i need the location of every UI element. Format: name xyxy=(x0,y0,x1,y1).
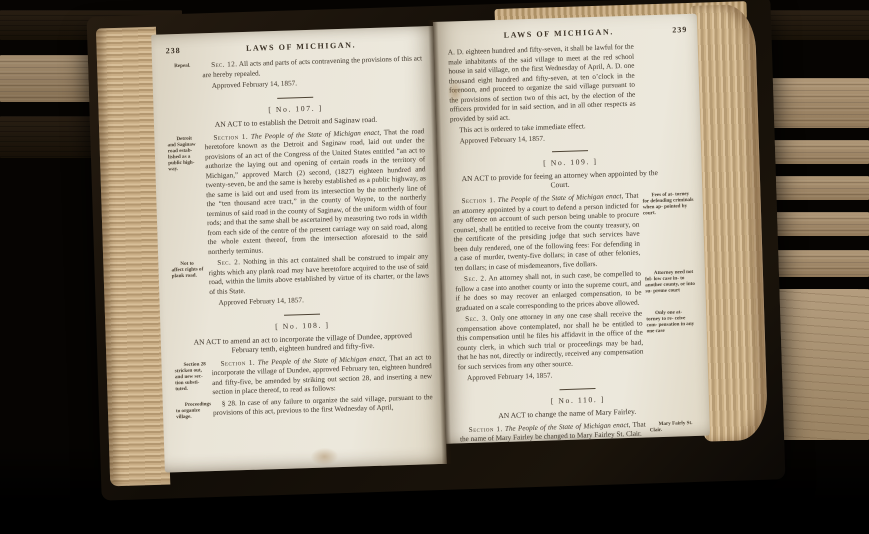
section-divider xyxy=(277,96,313,98)
act-109-sec1-paragraph: Fees of at- torney for defending crimina… xyxy=(452,192,640,274)
sec12-label: Sec. 12. xyxy=(211,60,237,69)
continuation-paragraph: A. D. eighteen hundred and fifty-seven, … xyxy=(448,43,636,125)
left-page-number: 238 xyxy=(166,46,181,55)
sec1-label: Section 1. xyxy=(461,196,495,205)
sec3-label: Sec. 3. xyxy=(465,314,488,323)
section-divider xyxy=(284,313,320,315)
right-page: LAWS OF MICHIGAN. 239 A. D. eighteen hun… xyxy=(433,14,710,444)
left-page-content: 238 LAWS OF MICHIGAN. Repeal. Sec. 12. A… xyxy=(151,26,447,473)
running-head-title: LAWS OF MICHIGAN. xyxy=(445,25,672,41)
margin-note-detroit-saginaw-road: Detroit and Saginaw road estab- lished a… xyxy=(167,135,201,172)
act-108-sec28-paragraph: Proceedings to organize village. § 28. I… xyxy=(213,393,433,419)
sec2-label: Sec. 2. xyxy=(217,258,240,267)
act-108-title: AN ACT to amend an act to incorporate th… xyxy=(175,330,431,356)
act-108-sec1-paragraph: Section 28 stricken out, and new sec- ti… xyxy=(211,353,432,398)
margin-note-one-attorney: Only one at- torney to re- ceive com- pe… xyxy=(646,309,698,335)
margin-note-repeal: Repeal. xyxy=(165,62,198,69)
act-107-sec1-paragraph: Detroit and Saginaw road estab- lished a… xyxy=(204,127,428,257)
sec1-label: Section 1. xyxy=(213,132,248,141)
margin-note-section-28: Section 28 stricken out, and new sec- ti… xyxy=(174,361,208,392)
margin-note-mary-fairly: Mary Fairly St. Clair. xyxy=(650,419,701,433)
sec1-label: Section 1. xyxy=(220,358,255,367)
photo-of-open-law-book: 238 LAWS OF MICHIGAN. Repeal. Sec. 12. A… xyxy=(0,0,869,534)
sec2-label: Sec. 2. xyxy=(464,274,487,283)
right-page-number: 239 xyxy=(672,25,687,34)
act-109-sec2-paragraph: Attorney need not fol- low case in- to a… xyxy=(455,270,642,314)
margin-note-attorney-fees: Fees of at- torney for defending crimina… xyxy=(642,191,694,217)
sec1-label: Section 1. xyxy=(469,424,503,433)
open-book: 238 LAWS OF MICHIGAN. Repeal. Sec. 12. A… xyxy=(87,0,786,501)
sec28-label: § 28. xyxy=(222,399,237,407)
act-109-sec3-paragraph: Only one at- torney to re- ceive com- pe… xyxy=(456,310,644,373)
margin-note-organize-village: Proceedings to organize village. xyxy=(176,401,210,420)
sec1-text: That the road heretofore known as the De… xyxy=(205,127,428,256)
act-107-sec2-paragraph: Not to affect rights of plank road. Sec.… xyxy=(208,252,429,297)
act-109-title: AN ACT to provide for feeing an attorney… xyxy=(450,167,692,193)
left-page: 238 LAWS OF MICHIGAN. Repeal. Sec. 12. A… xyxy=(151,26,447,473)
right-page-content: LAWS OF MICHIGAN. 239 A. D. eighteen hun… xyxy=(433,14,710,444)
right-running-head: LAWS OF MICHIGAN. 239 xyxy=(445,25,687,42)
section-divider xyxy=(552,150,588,152)
act-110-title: AN ACT to change the name of Mary Fairle… xyxy=(457,404,699,421)
section-divider xyxy=(559,388,595,390)
left-running-head: 238 LAWS OF MICHIGAN. xyxy=(166,38,422,55)
sec2-text: Nothing in this act contained shall be c… xyxy=(209,252,429,295)
running-head-title: LAWS OF MICHIGAN. xyxy=(181,38,422,55)
margin-note-attorney-follow: Attorney need not fol- low case in- to a… xyxy=(645,269,697,295)
margin-note-plank-road: Not to affect rights of plank road. xyxy=(171,260,205,279)
